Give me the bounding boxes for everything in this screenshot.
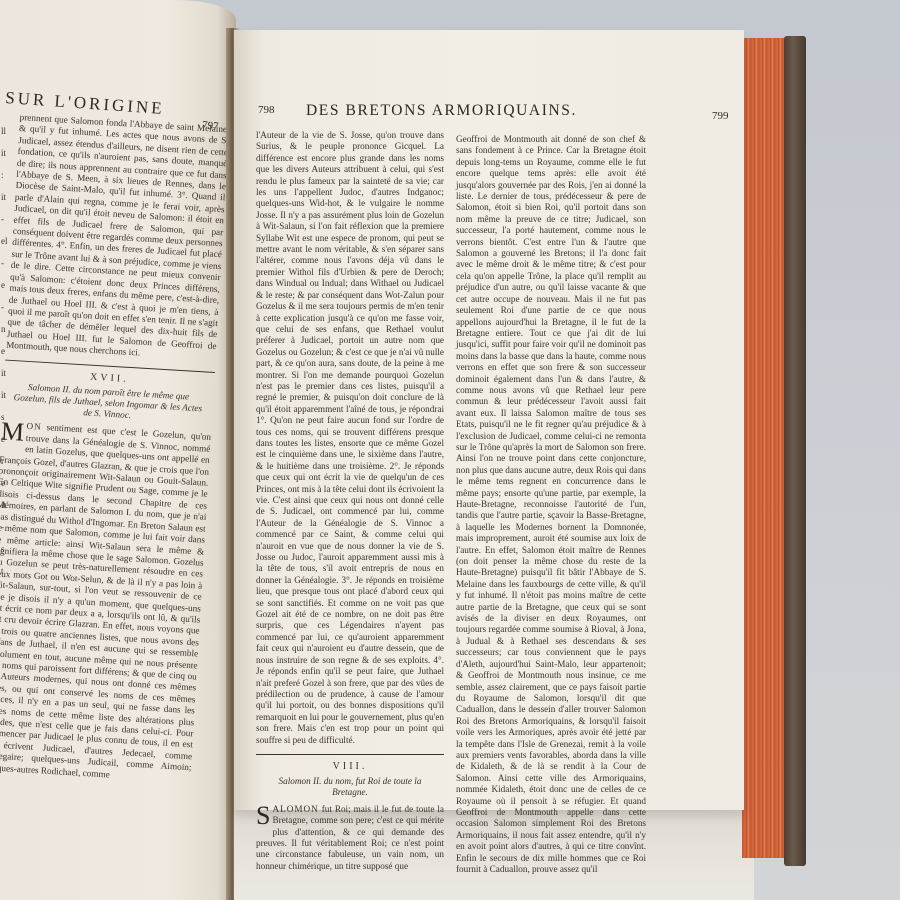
left-paragraph-1: prennent que Salomon fonda l'Abbaye de s… [6,112,230,364]
page-number-799: 799 [712,110,729,122]
page-798-paragraph-1: l'Auteur de la vie de S. Josse, qu'on tr… [256,130,444,746]
left-paragraph-2-text: sentiment est que c'est le Gozelun, qu'o… [0,423,211,780]
red-fore-edge [742,38,784,858]
margin-fragment: ll [1,120,15,142]
page-799-paragraph: Geoffroi de Montmouth ait donné de son c… [456,134,646,875]
open-book-photo: ll it : it - el - e - n e it it s e r e … [0,0,900,900]
drop-cap: S [256,805,270,827]
right-running-title: DES BRETONS ARMORIQUAINS. [306,102,577,120]
left-page: ll it : it - el - e - n e it it s e r e … [0,0,236,900]
leather-cover-board [784,36,806,866]
drop-cap: M [0,421,24,444]
margin-fragment: it [1,186,15,208]
margin-fragment: it [1,142,15,164]
page-799-column: Geoffroi de Montmouth ait donné de son c… [456,134,646,875]
section-number: VIII. [256,761,444,772]
left-paragraph-2: MON sentiment est que c'est le Gozelun, … [0,420,211,785]
page-798-paragraph-2: SALOMON fut Roi; mais il le fut de toute… [256,804,444,872]
drop-cap-continuation: ON [26,421,42,432]
section-title: Salomon II. du nom, fut Roi de toute la … [264,776,436,798]
page-number-798: 798 [258,104,275,116]
right-page: 798 DES BRETONS ARMORIQUAINS. 799 l'Aute… [234,30,744,810]
right-page-header: 798 DES BRETONS ARMORIQUAINS. 799 [234,102,744,122]
drop-cap-continuation: ALOMON [272,804,318,814]
page-798-column: l'Auteur de la vie de S. Josse, qu'on tr… [256,130,444,872]
margin-fragment: : [1,164,15,186]
left-text-column: prennent que Salomon fonda l'Abbaye de s… [0,112,230,785]
section-divider-rule [256,754,444,756]
